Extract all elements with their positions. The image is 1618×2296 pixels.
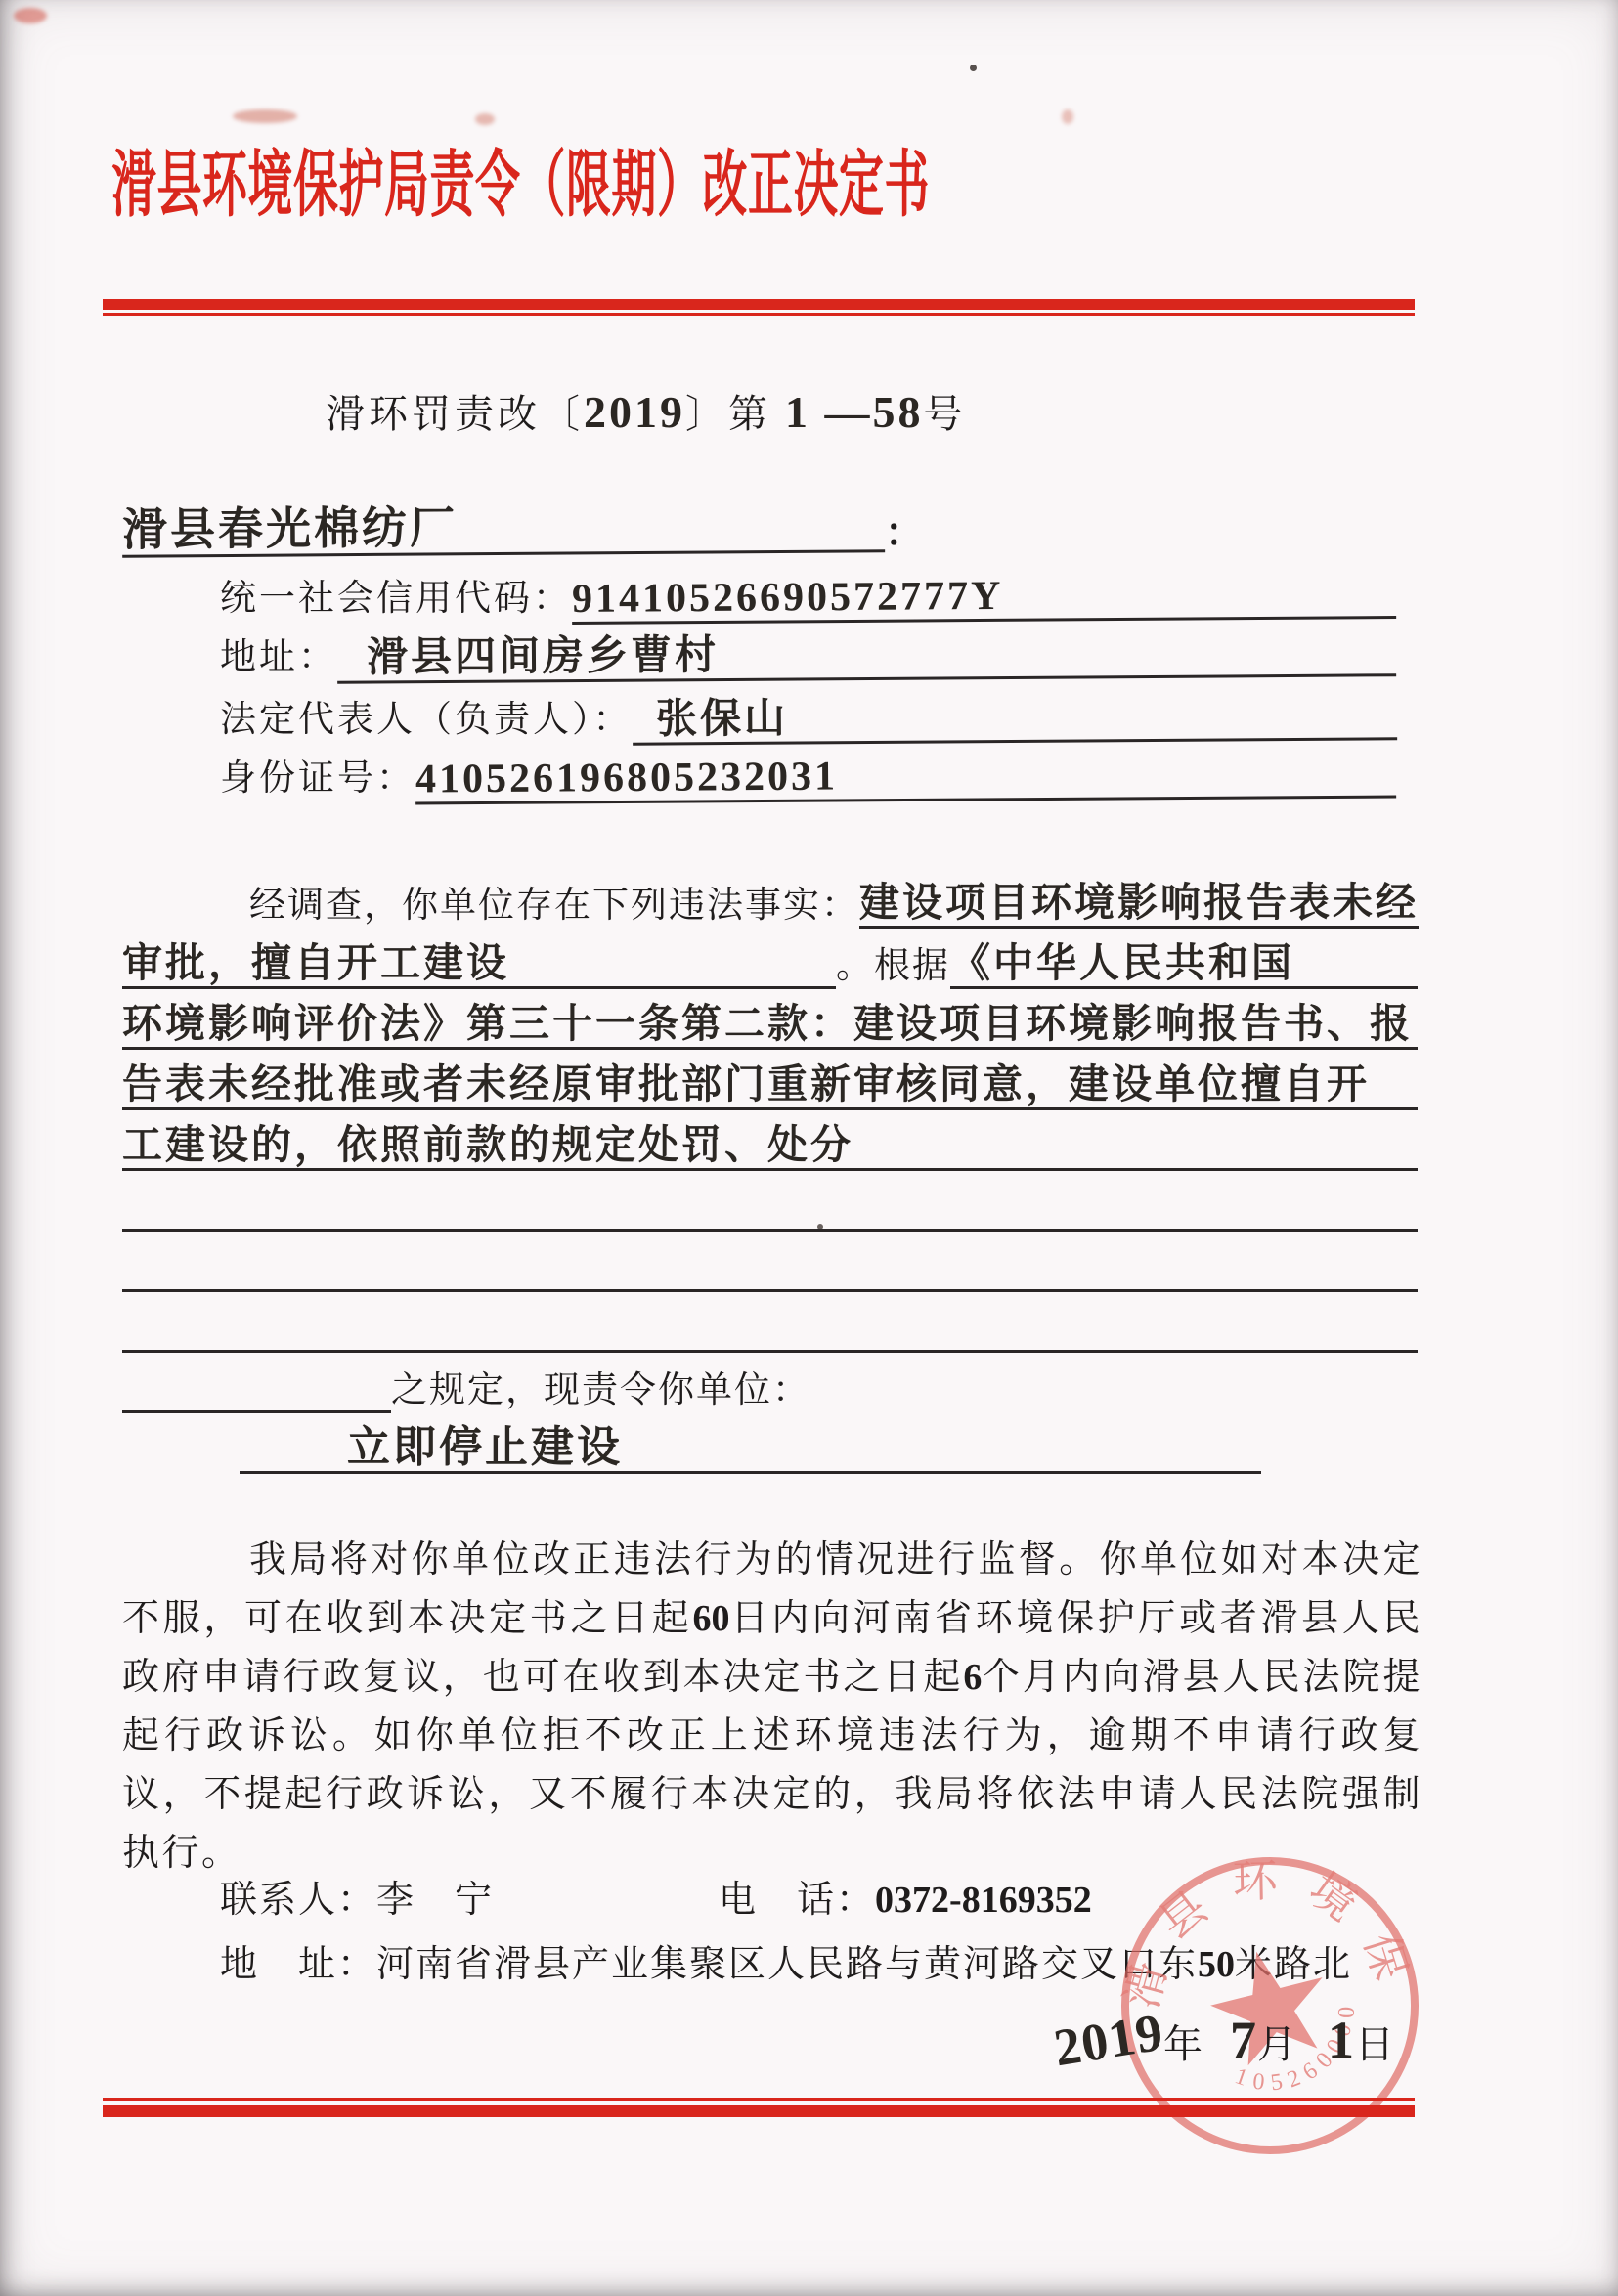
date-day-handwritten: 1 (1328, 2011, 1355, 2069)
blank-line (122, 1245, 1418, 1292)
date-month-label: 月 (1257, 2022, 1298, 2066)
blank-line (122, 1185, 1418, 1232)
recipient-colon: ： (885, 510, 924, 555)
scan-artifact (475, 113, 495, 125)
id-number-label: 身份证号： (122, 757, 415, 801)
facts-handwritten-2b: 《中华人民共和国 (950, 939, 1418, 989)
facts-handwritten-4: 告表未经批准或者未经原审批部门重新审核同意，建设单位擅自开 (122, 1061, 1418, 1110)
scanned-document-page: { "colors": {"header_red": "#d9261c", "s… (0, 0, 1618, 2296)
scan-artifact (233, 109, 297, 123)
legal-rep-label: 法定代表人（负责人）： (122, 698, 633, 743)
clause-text: 之规定，现责令你单位： (391, 1368, 810, 1413)
paper-sheet: 滑县环境保护局责令（限期）改正决定书 滑环罚责改〔2019〕第 1 —58号 滑… (0, 0, 1618, 2296)
date-year-label: 年 (1163, 2022, 1204, 2066)
scan-artifact (1062, 109, 1073, 124)
blank-line (122, 1306, 1418, 1353)
facts-printed-mid: 。根据 (836, 944, 950, 989)
recipient-row: 滑县春光棉纺厂 ： (122, 508, 1396, 555)
facts-line-1: 经调查，你单位存在下列违法事实： 建设项目环境影响报告表未经 (122, 882, 1418, 929)
supervision-days-60: 60 (692, 1598, 729, 1639)
contact-name: 李 宁 (376, 1880, 494, 1921)
doc-number-suffix: 号 (924, 392, 967, 436)
address-value-handwritten: 滑县四间房乡曹村 (337, 628, 1396, 684)
doc-number-year-handwritten: 2019 (584, 387, 685, 437)
facts-line-5: 工建设的，依照前款的规定处罚、处分 (122, 1124, 1418, 1171)
doc-number-close: 〕第 (685, 392, 771, 436)
scan-artifact (14, 8, 47, 23)
id-number-row: 身份证号： 410526196805232031 (122, 755, 1396, 801)
facts-handwritten-2: 审批，擅自开工建设 (122, 939, 836, 989)
blank-underline (122, 1410, 391, 1413)
facts-handwritten-1: 建设项目环境影响报告表未经 (859, 879, 1419, 929)
date-year-handwritten: 2019 (1050, 2002, 1167, 2079)
facts-handwritten-5: 工建设的，依照前款的规定处罚、处分 (122, 1121, 1418, 1171)
facts-line-4: 告表未经批准或者未经原审批部门重新审核同意，建设单位擅自开 (122, 1063, 1418, 1110)
contact-row: 联系人：李 宁电 话：0372-8169352 (220, 1869, 1092, 1923)
address-row: 地址： 滑县四间房乡曹村 (122, 633, 1396, 680)
doc-number-serial-handwritten: 1 —58 (785, 387, 924, 437)
date-day-label: 日 (1355, 2022, 1396, 2066)
office-address-label: 地 址： (220, 1944, 376, 1985)
facts-intro: 经调查，你单位存在下列违法事实： (122, 884, 859, 929)
clause-line: 之规定，现责令你单位： (122, 1366, 1418, 1413)
credit-code-value-handwritten: 91410526690572777Y (572, 571, 1396, 625)
supervision-paragraph: 我局将对你单位改正违法行为的情况进行监督。你单位如对本决定不服，可在收到本决定书… (122, 1531, 1422, 1883)
contact-label: 联系人： (220, 1880, 376, 1921)
supervision-months-6: 6 (963, 1657, 982, 1698)
doc-number: 滑环罚责改〔2019〕第 1 —58号 (326, 383, 967, 439)
date-line: 2019年7月1日 (1054, 2010, 1396, 2070)
page-title: 滑县环境保护局责令（限期）改正决定书 (111, 127, 948, 231)
recipient-name-handwritten: 滑县春光棉纺厂 (122, 500, 885, 557)
legal-rep-row: 法定代表人（负责人）： 张保山 (122, 696, 1396, 743)
phone-number: 0372-8169352 (875, 1880, 1092, 1921)
office-address-part1: 河南省滑县产业集聚区人民路与黄河路交叉口东 (376, 1944, 1198, 1985)
scan-artifact (970, 65, 977, 71)
phone-label: 电 话： (719, 1880, 875, 1921)
order-line: 立即停止建设 (240, 1427, 1261, 1474)
id-number-value-handwritten: 410526196805232031 (415, 750, 1396, 804)
header-divider (103, 299, 1415, 316)
legal-rep-value-handwritten: 张保山 (632, 692, 1396, 745)
address-label: 地址： (122, 635, 337, 680)
facts-handwritten-3: 环境影响评价法》第三十一条第二款：建设项目环境影响报告书、报 (122, 1000, 1418, 1050)
footer-divider (103, 2098, 1415, 2117)
facts-line-2: 审批，擅自开工建设 。根据 《中华人民共和国 (122, 942, 1418, 989)
facts-line-3: 环境影响评价法》第三十一条第二款：建设项目环境影响报告书、报 (122, 1003, 1418, 1050)
date-month-handwritten: 7 (1230, 2011, 1257, 2069)
order-handwritten: 立即停止建设 (240, 1424, 1261, 1474)
doc-number-prefix: 滑环罚责改〔 (326, 392, 584, 436)
credit-code-row: 统一社会信用代码： 91410526690572777Y (122, 575, 1396, 622)
credit-code-label: 统一社会信用代码： (122, 577, 572, 622)
